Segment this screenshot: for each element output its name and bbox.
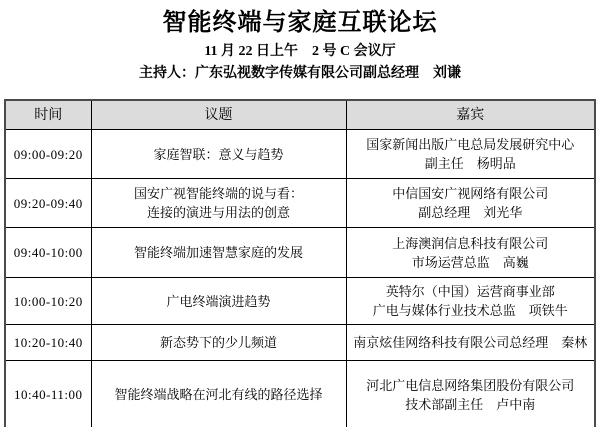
time-cell: 09:40-10:00 xyxy=(5,228,91,278)
header-guest: 嘉宾 xyxy=(346,100,595,130)
topic-cell: 新态势下的少儿频道 xyxy=(91,325,346,361)
guest-cell: 国家新闻出版广电总局发展研究中心 副主任 杨明品 xyxy=(346,130,595,179)
page-title: 智能终端与家庭互联论坛 xyxy=(0,6,600,40)
table-row: 09:40-10:00 智能终端加速智慧家庭的发展 上海澳润信息科技有限公司 市… xyxy=(5,228,595,278)
guest-cell: 上海澳润信息科技有限公司 市场运营总监 高巍 xyxy=(346,228,595,278)
host-line: 主持人：广东弘视数字传媒有限公司副总经理 刘谦 xyxy=(0,64,600,84)
time-cell: 10:40-11:00 xyxy=(5,361,91,427)
table-header-row: 时间 议题 嘉宾 xyxy=(5,100,595,130)
guest-cell: 河北广电信息网络集团股份有限公司 技术部副主任 卢中南 xyxy=(346,361,595,427)
header-time: 时间 xyxy=(5,100,91,130)
topic-cell: 广电终端演进趋势 xyxy=(91,278,346,325)
table-row: 10:20-10:40 新态势下的少儿频道 南京炫佳网络科技有限公司总经理 秦林 xyxy=(5,325,595,361)
guest-cell: 中信国安广视网络有限公司 副总经理 刘光华 xyxy=(346,179,595,228)
time-cell: 09:20-09:40 xyxy=(5,179,91,228)
header-topic: 议题 xyxy=(91,100,346,130)
topic-cell: 智能终端加速智慧家庭的发展 xyxy=(91,228,346,278)
time-cell: 10:00-10:20 xyxy=(5,278,91,325)
table-row: 09:20-09:40 国安广视智能终端的说与看： 连接的演进与用法的创意 中信… xyxy=(5,179,595,228)
guest-cell: 英特尔（中国）运营商事业部 广电与媒体行业技术总监 项铁牛 xyxy=(346,278,595,325)
time-cell: 09:00-09:20 xyxy=(5,130,91,179)
topic-cell: 智能终端战略在河北有线的路径选择 xyxy=(91,361,346,427)
table-row: 10:00-10:20 广电终端演进趋势 英特尔（中国）运营商事业部 广电与媒体… xyxy=(5,278,595,325)
table-row: 10:40-11:00 智能终端战略在河北有线的路径选择 河北广电信息网络集团股… xyxy=(5,361,595,427)
topic-cell: 国安广视智能终端的说与看： 连接的演进与用法的创意 xyxy=(91,179,346,228)
topic-cell: 家庭智联：意义与趋势 xyxy=(91,130,346,179)
schedule-table: 时间 议题 嘉宾 09:00-09:20 家庭智联：意义与趋势 国家新闻出版广电… xyxy=(4,99,596,427)
table-row: 09:00-09:20 家庭智联：意义与趋势 国家新闻出版广电总局发展研究中心 … xyxy=(5,130,595,179)
time-cell: 10:20-10:40 xyxy=(5,325,91,361)
guest-cell: 南京炫佳网络科技有限公司总经理 秦林 xyxy=(346,325,595,361)
session-datetime-location: 11 月 22 日上午 2 号 C 会议厅 xyxy=(0,42,600,62)
